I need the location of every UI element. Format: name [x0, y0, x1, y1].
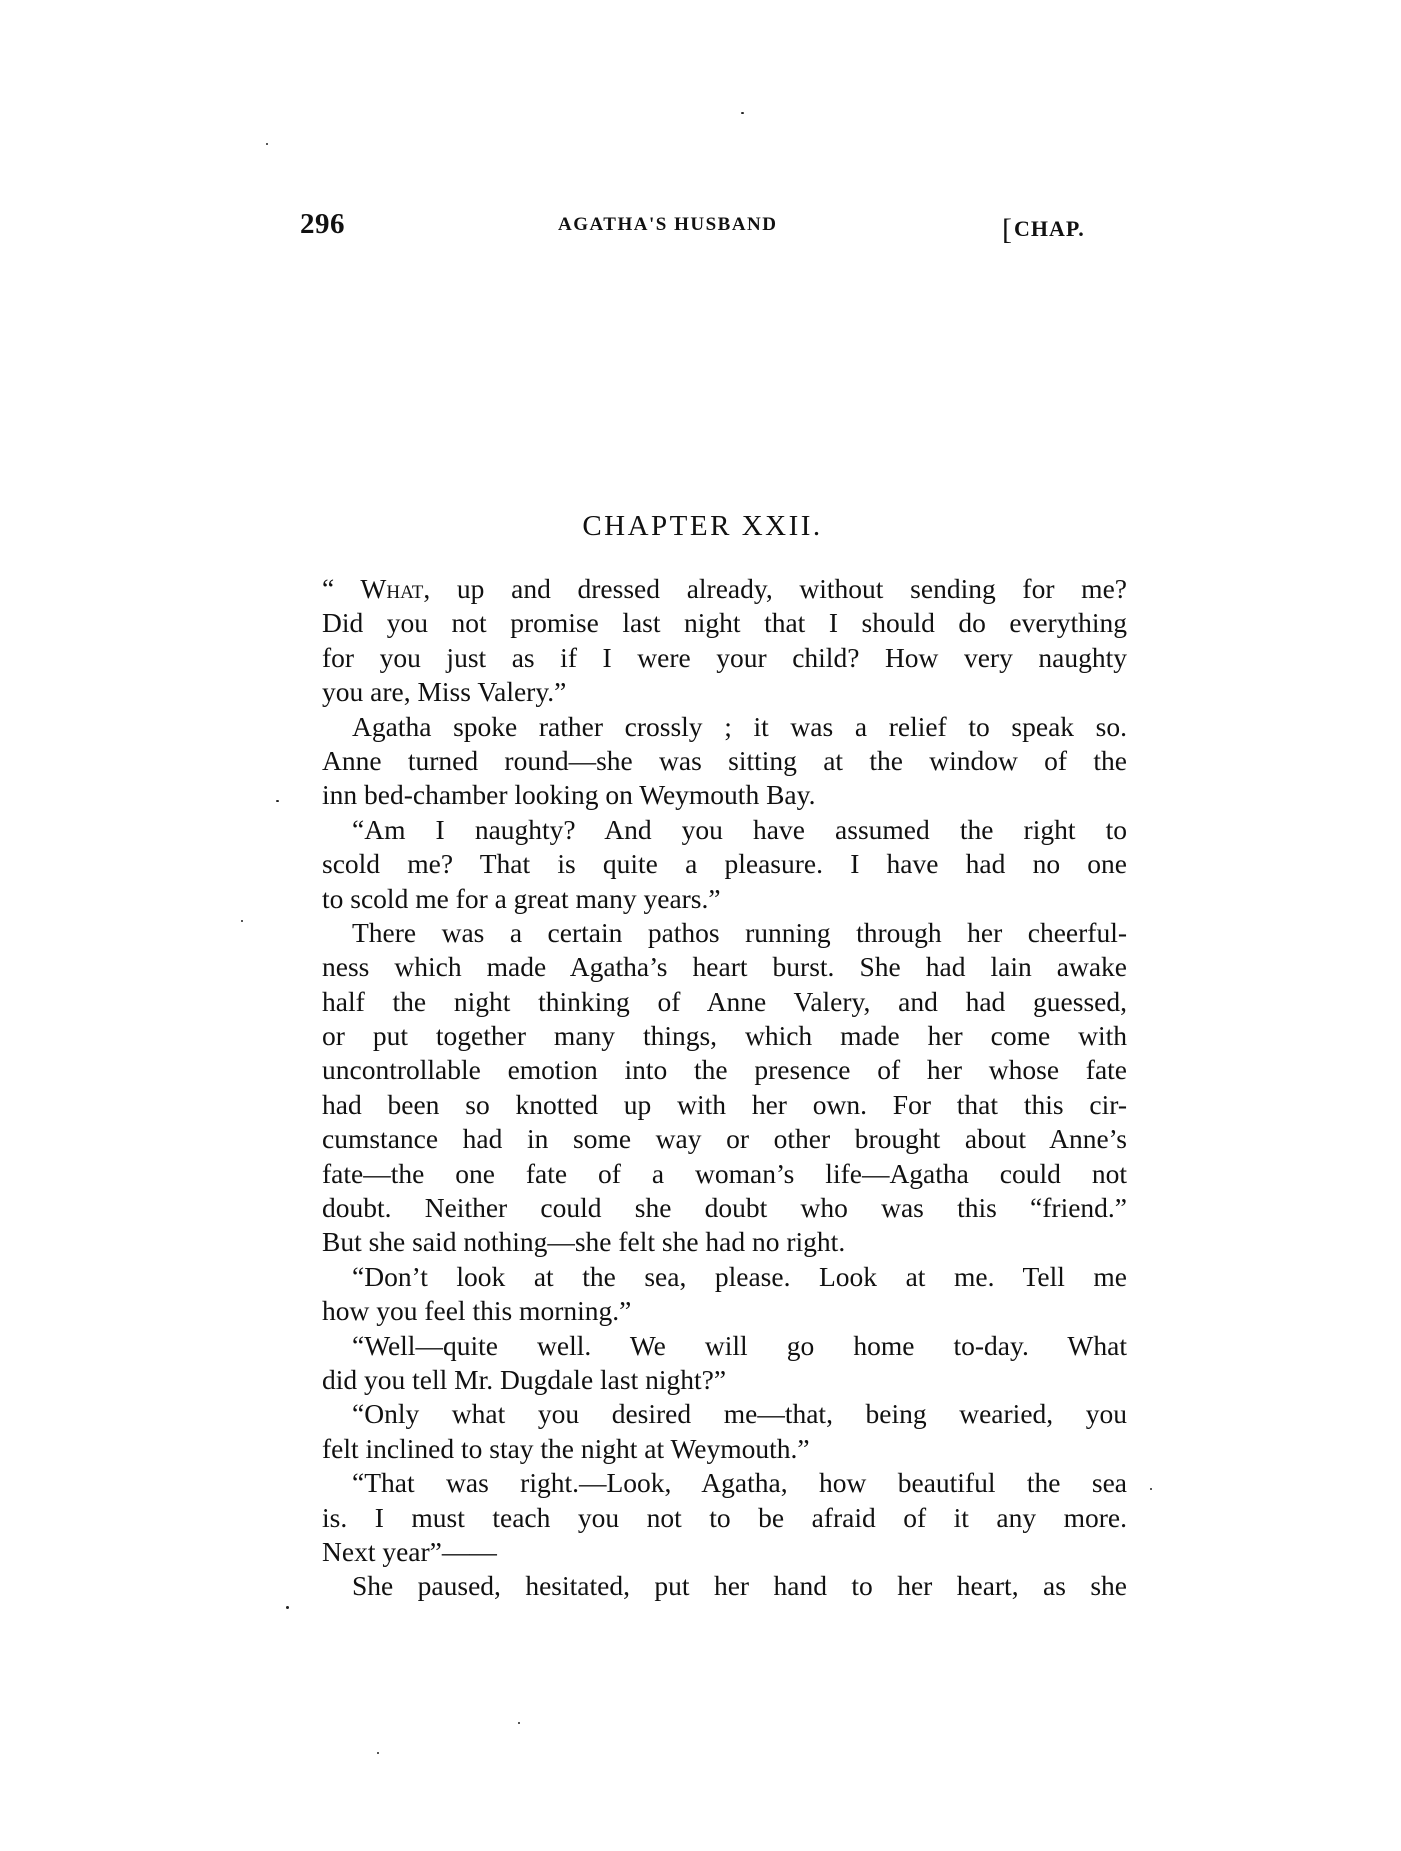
text-line: “ What, up and dressed already, without …	[322, 572, 1127, 606]
text-line: Did you not promise last night that I sh…	[322, 606, 1127, 640]
text-line: But she said nothing—she felt she had no…	[322, 1225, 1127, 1259]
text-line: scold me? That is quite a pleasure. I ha…	[322, 847, 1127, 881]
small-caps-opening: hat	[386, 573, 423, 604]
scan-speck	[286, 1606, 289, 1609]
section-bracket: [	[1002, 213, 1013, 246]
scan-speck	[1150, 1488, 1152, 1490]
chapter-title-text: CHAPTER XXII.	[582, 510, 822, 542]
text-line: cumstance had in some way or other broug…	[322, 1122, 1127, 1156]
section-label: [CHAP.	[1002, 210, 1085, 244]
text-line: doubt. Neither could she doubt who was t…	[322, 1191, 1127, 1225]
text-line: “Well—quite well. We will go home to-day…	[322, 1329, 1127, 1363]
text-line: “Am I naughty? And you have assumed the …	[322, 813, 1127, 847]
text-line: “Don’t look at the sea, please. Look at …	[322, 1260, 1127, 1294]
text-line: for you just as if I were your child? Ho…	[322, 641, 1127, 675]
scan-speck	[518, 1722, 520, 1724]
text-line: did you tell Mr. Dugdale last night?”	[322, 1363, 1127, 1397]
text-line: had been so knotted up with her own. For…	[322, 1088, 1127, 1122]
text-line: how you feel this morning.”	[322, 1294, 1127, 1328]
scan-speck	[241, 920, 243, 922]
text-line: felt inclined to stay the night at Weymo…	[322, 1432, 1127, 1466]
text-line: Next year”——	[322, 1535, 1127, 1569]
text-line: She paused, hesitated, put her hand to h…	[322, 1569, 1127, 1603]
text-line: you are, Miss Valery.”	[322, 675, 1127, 709]
page-number: 296	[300, 208, 345, 241]
text-line: fate—the one fate of a woman’s life—Agat…	[322, 1157, 1127, 1191]
text-line: Agatha spoke rather crossly ; it was a r…	[322, 710, 1127, 744]
scan-speck	[276, 800, 279, 802]
text-line: inn bed-chamber looking on Weymouth Bay.	[322, 778, 1127, 812]
scan-speck	[377, 1752, 379, 1754]
text-line: to scold me for a great many years.”	[322, 882, 1127, 916]
text-line: “Only what you desired me—that, being we…	[322, 1397, 1127, 1431]
text-line: is. I must teach you not to be afraid of…	[322, 1501, 1127, 1535]
body-text: “ What, up and dressed already, without …	[322, 572, 1127, 1604]
section-text: CHAP.	[1014, 216, 1085, 241]
text-line: There was a certain pathos running throu…	[322, 916, 1127, 950]
scan-speck	[266, 143, 268, 145]
text-line: uncontrollable emotion into the presence…	[322, 1053, 1127, 1087]
text-line: half the night thinking of Anne Valery, …	[322, 985, 1127, 1019]
text-line: Anne turned round—she was sitting at the…	[322, 744, 1127, 778]
text-line: “That was right.—Look, Agatha, how beaut…	[322, 1466, 1127, 1500]
text-line: or put together many things, which made …	[322, 1019, 1127, 1053]
book-title: AGATHA'S HUSBAND	[558, 214, 777, 236]
chapter-heading: CHAPTER XXII.	[0, 510, 1401, 543]
running-head: 296 AGATHA'S HUSBAND [CHAP.	[300, 208, 1130, 248]
scan-speck	[741, 112, 744, 114]
book-page: 296 AGATHA'S HUSBAND [CHAP. CHAPTER XXII…	[0, 0, 1401, 1851]
text-line: ness which made Agatha’s heart burst. Sh…	[322, 950, 1127, 984]
